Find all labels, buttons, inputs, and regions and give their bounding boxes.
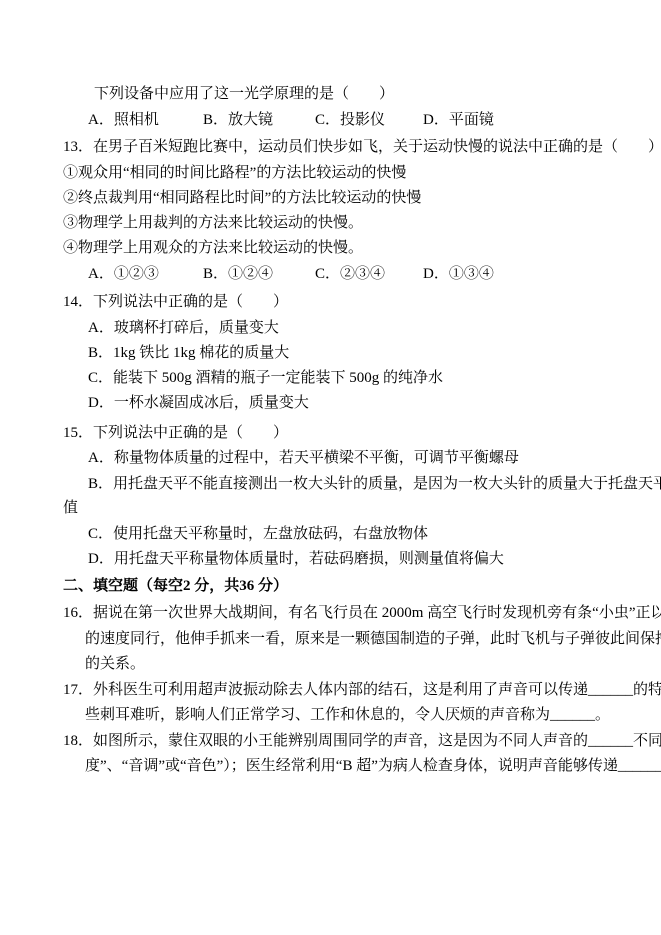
q14-option-b: B．1kg 铁比 1kg 棉花的质量大 [88,345,289,362]
section2-heading: 二、填空题（每空2 分，共36 分） [63,578,288,595]
q13-option-b: B．①②④ [203,266,315,283]
q16-line-2: 的速度同行，他伸手抓来一看，原来是一颗德国制造的子弹，此时飞机与子弹彼此间保持_… [85,631,661,648]
q18-line-1: 18．如图所示，蒙住双眼的小王能辨别周围同学的声音，这是因为不同人声音的____… [63,733,661,750]
q12-option-b: B．放大镜 [203,112,315,129]
q15-option-b-line1: B．用托盘天平不能直接测出一枚大头针的质量，是因为一枚大头针的质量大于托盘天平的… [88,476,661,493]
q14-option-c: C．能装下 500g 酒精的瓶子一定能装下 500g 的纯净水 [88,370,443,387]
q12-option-c: C．投影仪 [315,112,423,129]
q13-option-d: D．①③④ [423,266,494,283]
q12-options-row: A．照相机 B．放大镜 C．投影仪 D．平面镜 [88,112,494,129]
q13-option-c: C．②③④ [315,266,423,283]
q13-stem: 13．在男子百米短跑比赛中，运动员们快步如飞，关于运动快慢的说法中正确的是（ ） [63,139,661,156]
q13-statement-1: ①观众用“相同的时间比路程”的方法比较运动的快慢 [63,165,406,182]
q13-options-row: A．①②③ B．①②④ C．②③④ D．①③④ [88,266,494,283]
q13-statement-3: ③物理学上用裁判的方法来比较运动的快慢。 [63,215,363,232]
q12-option-d: D．平面镜 [423,112,494,129]
q13-statement-4: ④物理学上用观众的方法来比较运动的快慢。 [63,240,363,257]
q15-option-c: C．使用托盘天平称量时，左盘放砝码，右盘放物体 [88,526,428,543]
exam-document-page: 下列设备中应用了这一光学原理的是（ ） A．照相机 B．放大镜 C．投影仪 D．… [0,0,661,935]
q15-option-d: D．用托盘天平称量物体质量时，若砝码磨损，则测量值将偏大 [88,551,504,568]
q13-option-a: A．①②③ [88,266,203,283]
q16-line-3: 的关系。 [85,656,145,673]
q18-line-2: 度”、“音调”或“音色”）；医生经常利用“B 超”为病人检查身体，说明声音能够传… [85,758,661,775]
q15-option-b-line2: 值 [63,500,78,517]
q12-option-a: A．照相机 [88,112,203,129]
q15-stem: 15．下列说法中正确的是（ ） [63,425,288,442]
q14-option-a: A．玻璃杯打碎后，质量变大 [88,320,279,337]
q14-stem: 14．下列说法中正确的是（ ） [63,294,288,311]
q15-option-a: A．称量物体质量的过程中，若天平横梁不平衡，可调节平衡螺母 [88,450,519,467]
q16-line-1: 16．据说在第一次世界大战期间，有名飞行员在 2000m 高空飞行时发现机旁有条… [63,605,661,622]
q17-line-1: 17．外科医生可利用超声波振动除去人体内部的结石，这是利用了声音可以传递____… [63,682,661,699]
q13-statement-2: ②终点裁判用“相同路程比时间”的方法比较运动的快慢 [63,190,421,207]
q14-option-d: D．一杯水凝固成冰后，质量变大 [88,395,309,412]
q12-stem-tail: 下列设备中应用了这一光学原理的是（ ） [94,86,394,103]
q17-line-2: 些刺耳难听，影响人们正常学习、工作和休息的，令人厌烦的声音称为______。 [85,707,610,724]
